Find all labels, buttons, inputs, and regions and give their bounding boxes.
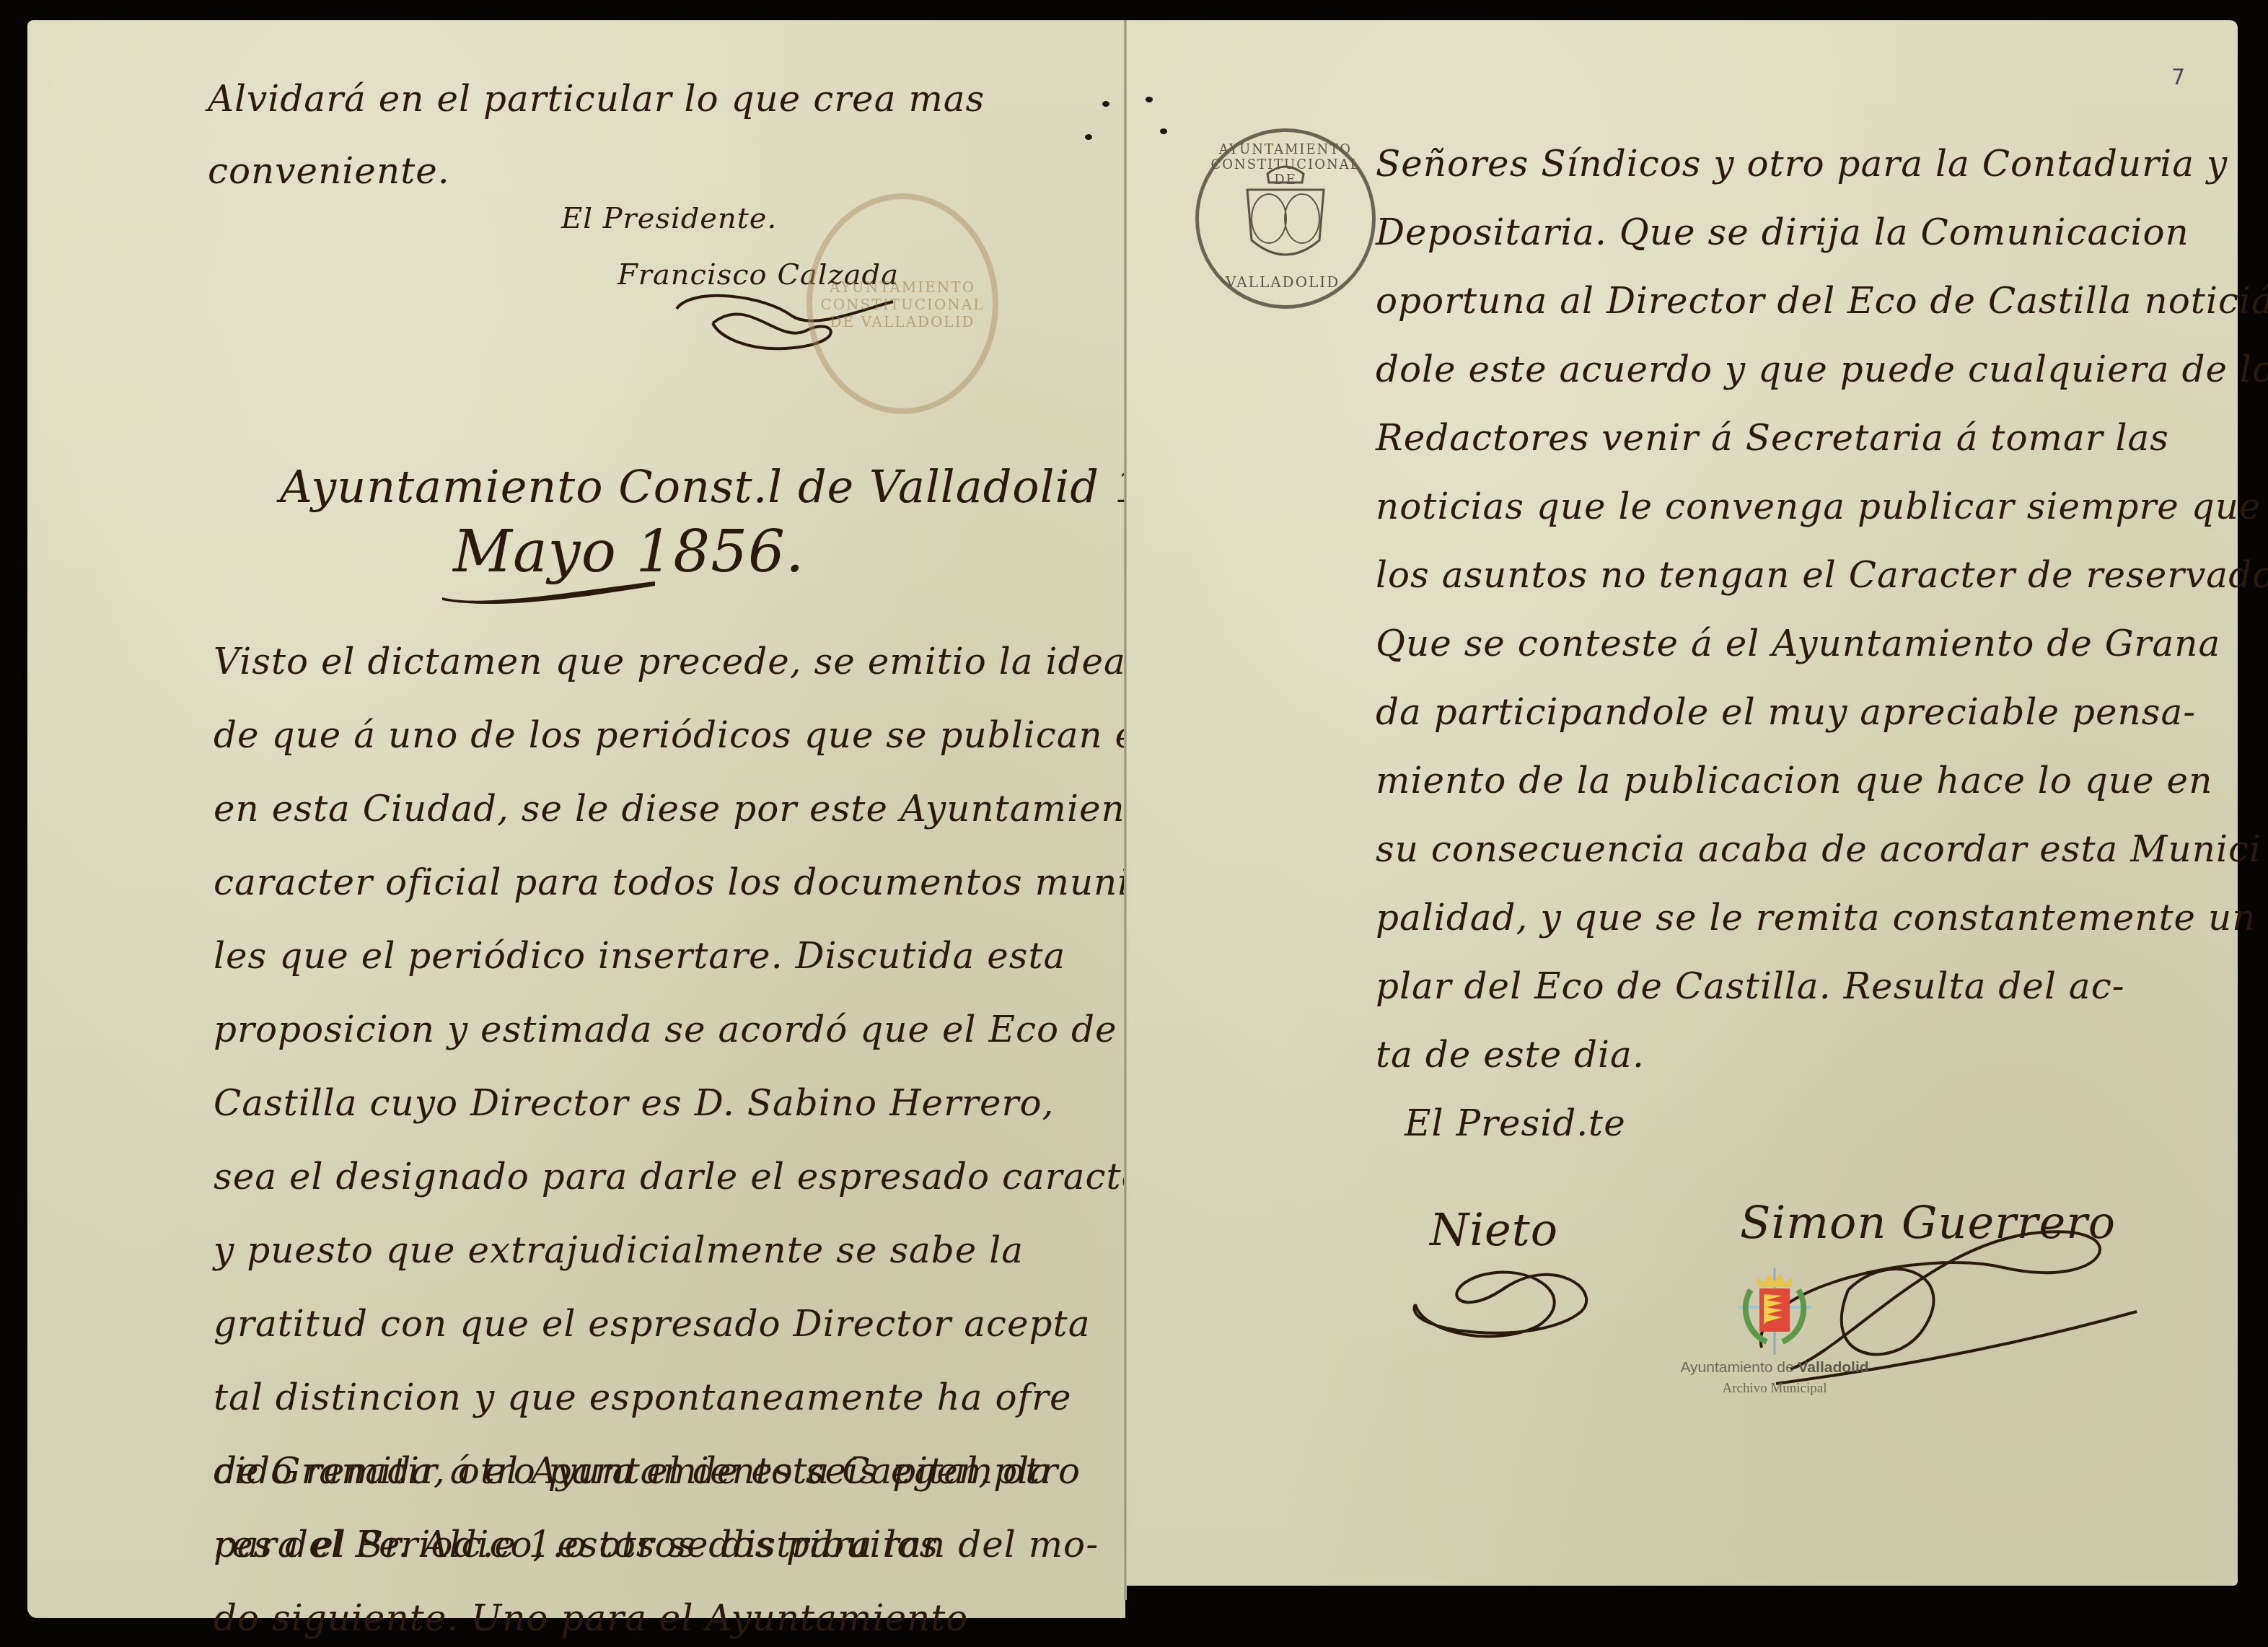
body-line: da participandole el muy apreciable pens… [1376,691,2196,733]
body-line: gratitud con que el espresado Director a… [214,1303,1090,1345]
closing-president: El Presid.te [1405,1102,1626,1144]
body-line: de que á uno de los periódicos que se pu… [214,714,1161,756]
body-line: miento de la publicacion que hace lo que… [1376,760,2212,801]
valladolid-coat-of-arms-icon [1735,1262,1814,1356]
body-line: en esta Ciudad, se le diese por este Ayu… [214,788,1163,830]
body-line: para el Sr. Alc.e 1.o otros dos para los [214,1524,939,1565]
body-line: Castilla cuyo Director es D. Sabino Herr… [214,1082,1054,1124]
body-line: ta de este dia. [1376,1034,1645,1076]
text-line: conveniente. [208,150,450,192]
archive-org-name: Ayuntamiento de Valladolid [1666,1359,1883,1376]
archive-subtitle: Archivo Municipal [1666,1381,1883,1397]
left-page: Alvidará en el particular lo que crea ma… [27,20,1125,1618]
body-line: tal distincion y que espontaneamente ha … [214,1376,1072,1418]
body-line: noticias que le convenga publicar siempr… [1376,486,2262,527]
body-line: do siguiente. Uno para el Ayuntamiento [214,1597,968,1639]
body-line: Depositaria. Que se dirija la Comunicaci… [1376,211,2189,253]
body-line: sea el designado para darle el espresado… [214,1156,1161,1198]
body-line: oportuna al Director del Eco de Castilla… [1376,280,2268,322]
signature-rubric [1394,1203,1610,1355]
archive-watermark: Ayuntamiento de Valladolid Archivo Munic… [1666,1262,1883,1397]
binding-hole [1085,134,1092,140]
body-line: los asuntos no tengan el Caracter de res… [1376,554,2268,596]
body-line: proposicion y estimada se acordó que el … [214,1009,1117,1050]
binding-hole [1146,97,1153,102]
text-line: Alvidará en el particular lo que crea ma… [208,78,985,120]
body-line: Redactores venir á Secretaria á tomar la… [1376,417,2169,459]
body-line: caracter oficial para todos los document… [214,861,1209,903]
body-line: palidad, y que se le remita constantemen… [1376,897,2268,939]
body-line: Señores Síndicos y otro para la Contadur… [1376,143,2228,185]
body-line: su consecuencia acaba de acordar esta Mu… [1376,828,2262,870]
faded-seal-stamp: AYUNTAMIENTO CONSTITUCIONAL DE VALLADOLI… [806,193,998,414]
municipal-seal-stamp: AYUNTAMIENTO CONSTITUCIONAL DE VALLADOLI… [1195,128,1376,309]
body-line: Que se conteste á el Ayuntamiento de Gra… [1376,623,2220,664]
folio-number: 7 [2171,65,2185,90]
body-line: Visto el dictamen que precede, se emitio… [214,641,1126,682]
underline-flourish [439,576,669,612]
body-line: plar del Eco de Castilla. Resulta del ac… [1376,965,2125,1007]
binding-hole [1160,128,1167,134]
closing-president: El Presidente. [561,202,777,235]
binding-hole [1102,101,1109,107]
body-line: les que el periódico insertare. Discutid… [214,935,1065,977]
body-line: dole este acuerdo y que puede cualquiera… [1376,348,2268,390]
body-line: de Granada, otro para el de esta Capital… [214,1450,1081,1492]
coat-of-arms-icon [1239,161,1332,269]
body-line: y puesto que extrajudicialmente se sabe … [214,1229,1024,1271]
heading-date-line-1: Ayuntamiento Const.l de Valladolid 14 de [280,460,1244,513]
